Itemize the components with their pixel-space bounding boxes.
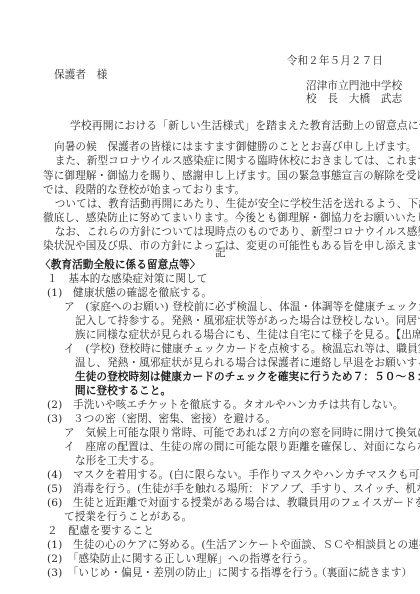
item-1-1-a: 族に同様な症状が見られる場合にも、生徒は自宅にて様子を見る。【出席停止扱い】 <box>75 329 420 342</box>
item-1-5: (5) 消毒を行う。(生徒が手を触れる場所：ドアノブ、手すり、スイッチ、机など。… <box>47 483 420 496</box>
item-1-3-i: イ 座席の配置は、生徒の席の間に可能な限り距離を確保し、対面にならないよう <box>64 441 420 454</box>
section-heading: 〈教育活動全般に係る留意点等〉 <box>40 259 200 272</box>
item-2-1: (1) 生徒の心のケアに努める。(生活アンケートや面談、ＳＣや相談員との連携) <box>47 539 420 552</box>
item-1-2: (2) 手洗いや咳エチケットを徹底する。タオルやハンカチは共有しない。 <box>47 399 404 412</box>
item-1: １ 基本的な感染症対策に関して <box>47 273 207 286</box>
body-line: なお、これらの方針については現時点のものであり、新型コロナウイルス感染症の感 <box>44 226 420 239</box>
item-1-6: て授業を行うことがある。 <box>64 511 192 524</box>
body-line: また、新型コロナウイルス感染症に関する臨時休校におきましては、これまでの対応 <box>44 155 420 168</box>
item-1-1-i: イ (学校) 登校時に健康チェックカードを点検する。検温忘れ等は、職員室にて検 <box>64 343 420 356</box>
addressee: 保護者 様 <box>54 69 107 82</box>
item-2-2: (2) 「感染防止に関する正しい理解」への指導を行う。 <box>47 553 314 566</box>
item-1-4: (4) マスクを着用する。(白に限らない。手作りマスクやハンカチマスクも可。) <box>47 469 420 482</box>
continued-note: （裏面に続きます） <box>316 567 412 580</box>
item-2: ２ 配慮を要すること <box>47 525 154 538</box>
item-1-3-a: ア 気候上可能な限り常時、可能であれば２方向の窓を同時に開けて換気に努める。 <box>64 427 420 440</box>
date: 令和２年５月２７日 <box>287 55 383 68</box>
school-name: 沼津市立門池中学校 <box>306 80 402 93</box>
body-line: 徹底し、感染防止に努めてまいります。今後とも御理解・御協力をお願いいたします。 <box>43 212 420 225</box>
item-1-1: (1) 健康状態の確認を徹底する。 <box>47 287 212 300</box>
item-2-3: (3) 「いじめ・偏見・差別の防止」に関する指導を行う。 <box>47 567 324 580</box>
item-1-1-a: 記入して持参する。発熱・風邪症状等があった場合は登校しない。同居する御家 <box>75 315 420 328</box>
item-1-3: (3) ３つの密（密閉、密集、密接）を避ける。 <box>47 413 276 426</box>
ki-heading: 記 <box>215 247 226 260</box>
body-line: ついては、教育活動再開にあたり、生徒が安全に学校生活を送れるよう、下記の点を <box>44 198 420 211</box>
body-line: 向暑の候 保護者の皆様にはますます御健勝のこととお喜び申し上げます。 <box>54 141 417 154</box>
principal-name: 校 長 大橋 武志 <box>306 93 402 106</box>
item-1-1-note: 生徒の登校時刻は健康カードのチェックを確実に行うため７：５０～８：１０の <box>75 371 420 384</box>
item-1-6: (6) 生徒と近距離で対面する授業がある場合は、教職員用のフェイスガードを使用し <box>47 497 420 510</box>
document-page: 令和２年５月２７日 保護者 様 沼津市立門池中学校 校 長 大橋 武志 学校再開… <box>0 0 420 594</box>
item-1-1-a: ア (家庭へのお願い) 登校前に必ず検温し、体温・体調等を健康チェックカードに <box>64 301 420 314</box>
body-line: 等に御理解・御協力を賜り、感謝申し上げます。国の緊急事態宣言の解除を受け、学校 <box>43 170 420 183</box>
document-title: 学校再開における「新しい生活様式」を踏まえた教育活動上の留意点について <box>70 119 420 132</box>
item-1-1-note: 間に登校すること。 <box>75 385 171 398</box>
body-line: 染状況や国及び県、市の方針によっては、変更の可能性もある旨を申し添えます。 <box>43 240 420 253</box>
body-line: では、段階的な登校が始まっております。 <box>43 184 245 197</box>
item-1-1-i: 温し、発熱・風邪症状が見られる場合は保護者に連絡し早退をお願いする。 <box>75 357 420 370</box>
item-1-3-i: な形を工夫する。 <box>75 455 161 468</box>
